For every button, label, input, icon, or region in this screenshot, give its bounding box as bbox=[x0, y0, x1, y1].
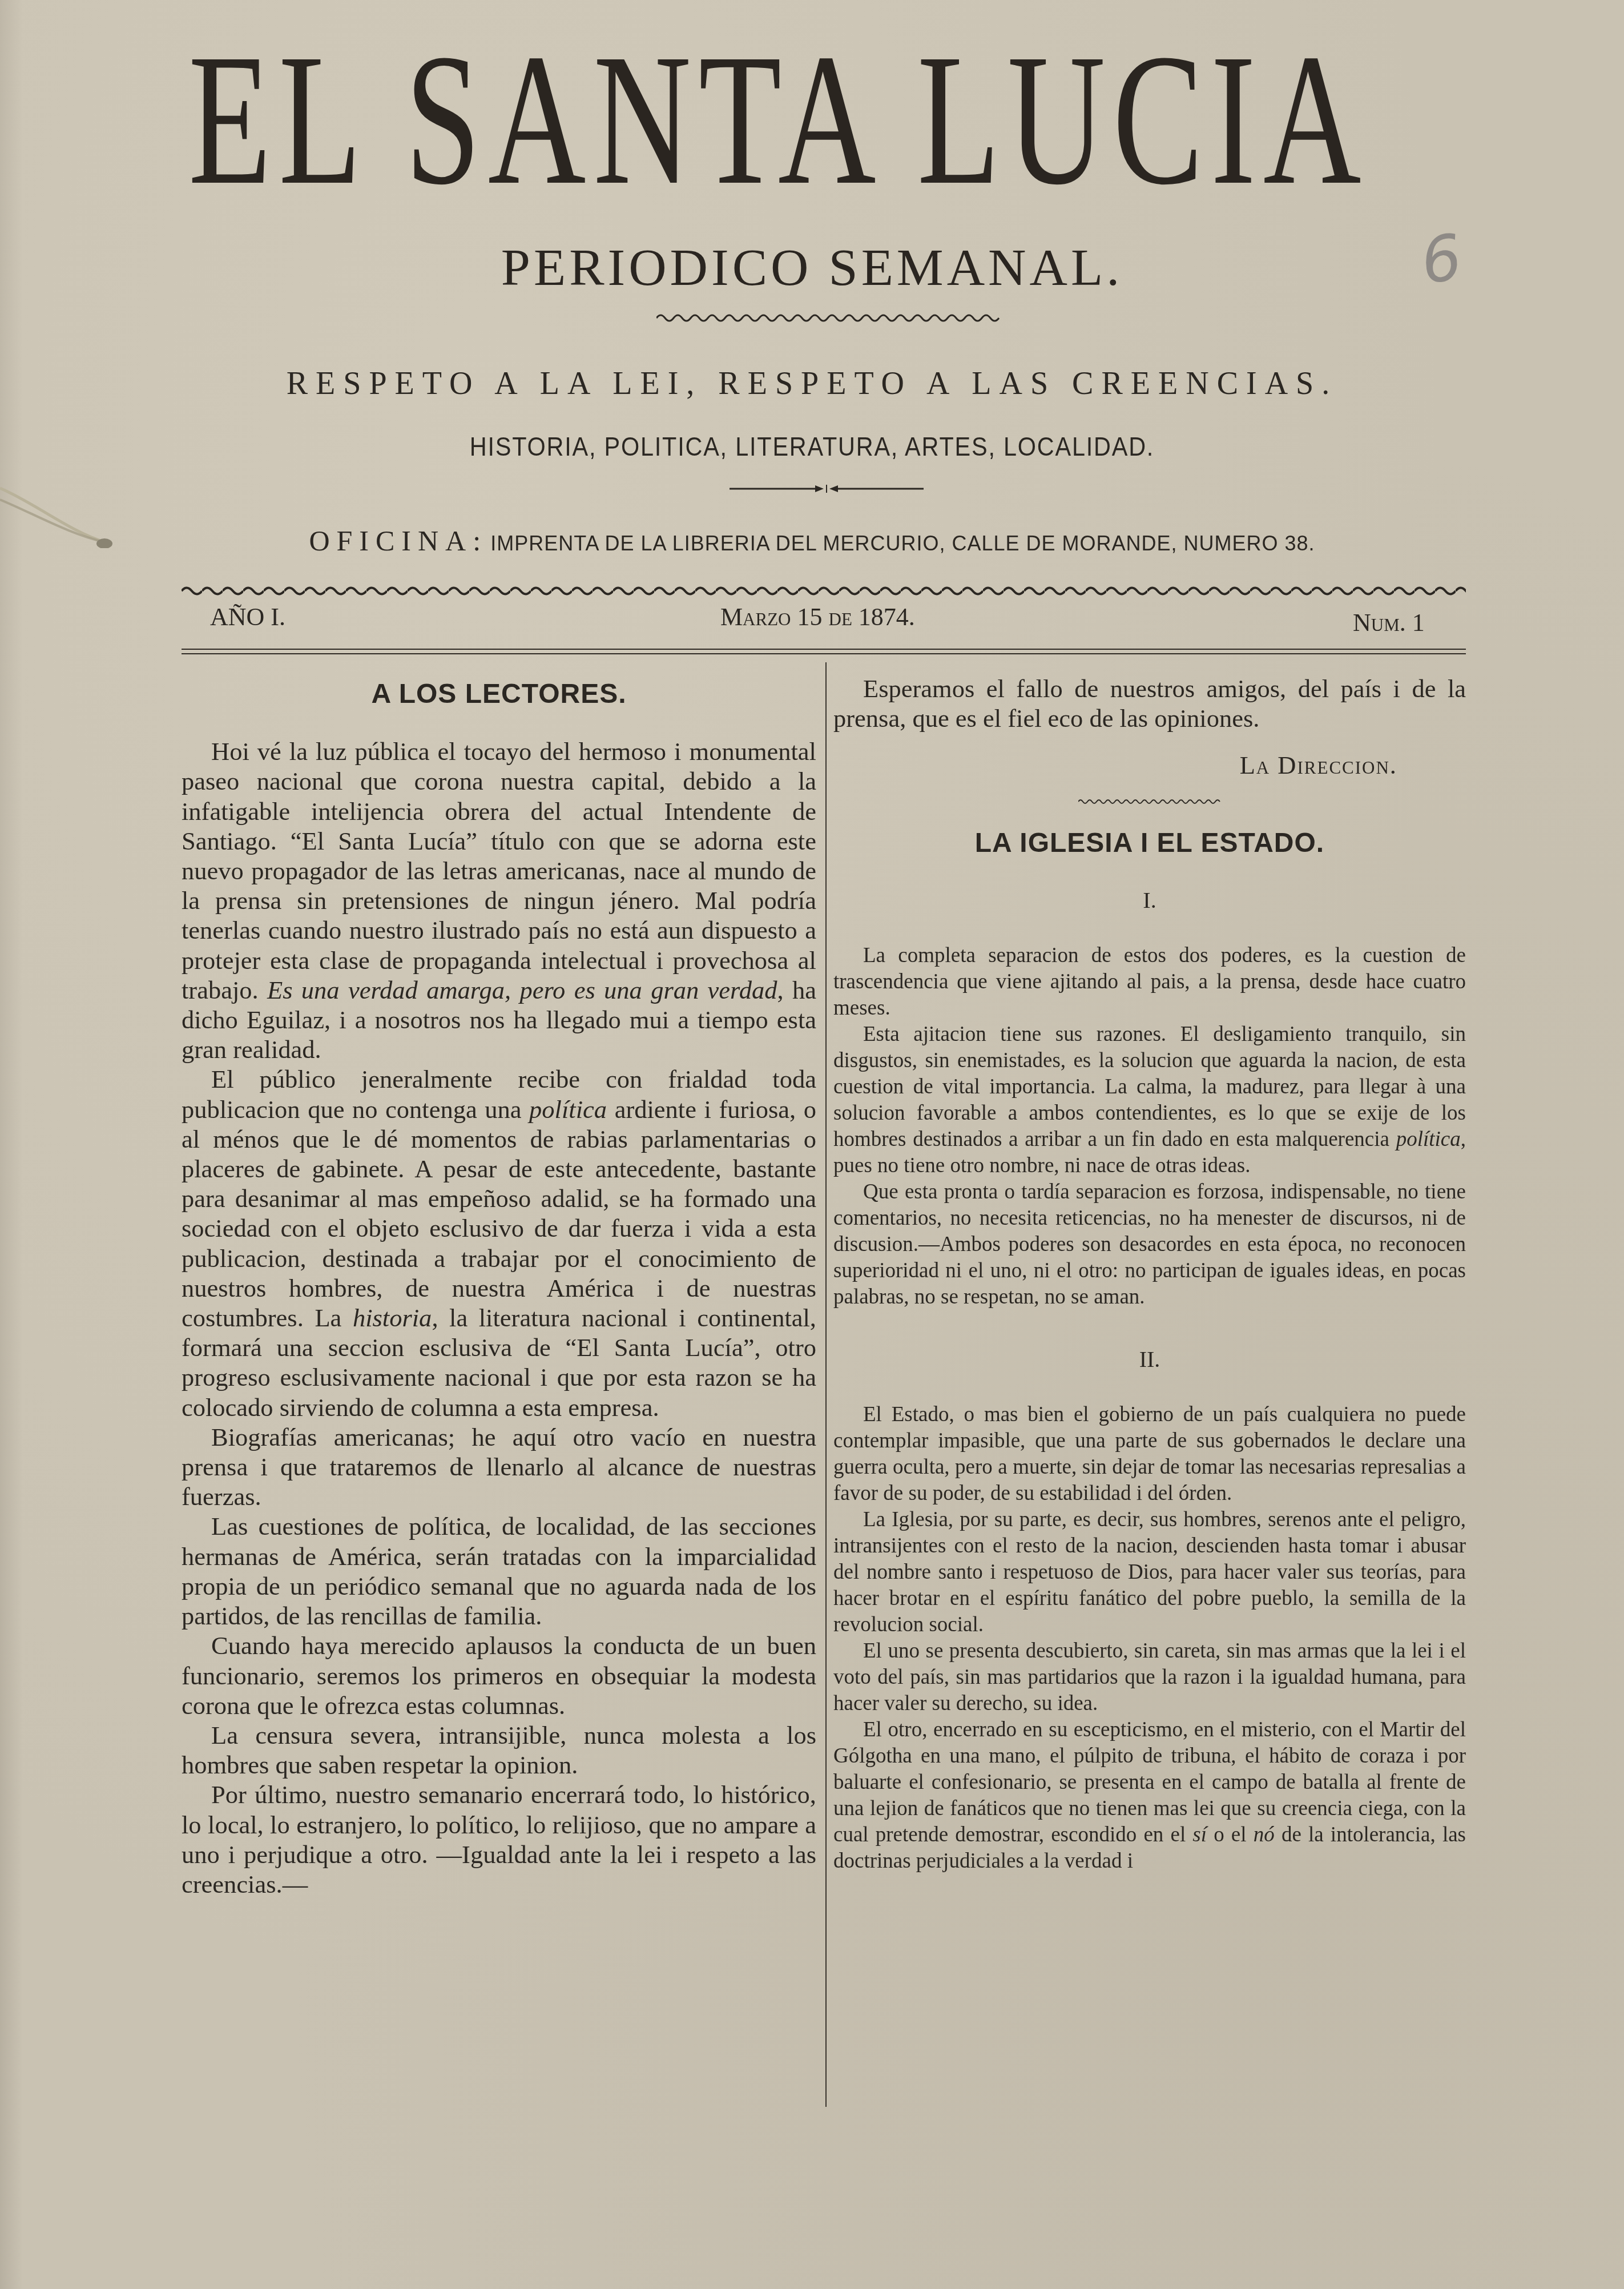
section-numeral-2: II. bbox=[833, 1345, 1466, 1374]
office-address: IMPRENTA DE LA LIBRERIA DEL MERCURIO, CA… bbox=[490, 532, 1315, 555]
issue-year: AÑO I. bbox=[210, 602, 285, 631]
signature: La Direccion. bbox=[833, 750, 1466, 780]
issue-number-text: Num. 1 bbox=[1353, 609, 1425, 637]
motto: RESPETO A LA LEI, RESPETO A LAS CREENCIA… bbox=[0, 365, 1624, 402]
paragraph: La completa separacion de estos dos pode… bbox=[833, 943, 1466, 1021]
paragraph: La censura severa, intransijible, nunca … bbox=[182, 1720, 816, 1780]
paragraph: La Iglesia, por su parte, es decir, sus … bbox=[833, 1507, 1466, 1638]
paragraph: Que esta pronta o tardía separacion es f… bbox=[833, 1179, 1466, 1310]
article-heading-a-los-lectores: A LOS LECTORES. bbox=[182, 679, 816, 709]
issue-number: Num. 1 bbox=[1353, 608, 1425, 637]
wavy-ornament-icon bbox=[656, 311, 1005, 325]
article-heading-la-iglesia: LA IGLESIA I EL ESTADO. bbox=[833, 828, 1466, 858]
header-rule-top bbox=[182, 649, 1466, 650]
wavy-separator-icon bbox=[1078, 798, 1221, 806]
newspaper-subtitle: PERIODICO SEMANAL. bbox=[0, 237, 1624, 297]
paragraph: El público jeneralmente recibe con frial… bbox=[182, 1064, 816, 1422]
paragraph: Cuando haya merecido aplausos la conduct… bbox=[182, 1631, 816, 1720]
issue-date: Marzo 15 de 1874. bbox=[720, 602, 915, 631]
paragraph: Esta ajitacion tiene sus razones. El des… bbox=[833, 1021, 1466, 1179]
section-2-body: El Estado, o mas bien el gobierno de un … bbox=[833, 1402, 1466, 1874]
paragraph: El uno se presenta descubierto, sin care… bbox=[833, 1638, 1466, 1717]
header-rule-bottom bbox=[182, 653, 1466, 654]
left-column: A LOS LECTORES. Hoi vé la luz pública el… bbox=[182, 662, 816, 1899]
right-column: Esperamos el fallo de nuestros amigos, d… bbox=[833, 662, 1466, 1874]
paragraph: El Estado, o mas bien el gobierno de un … bbox=[833, 1402, 1466, 1507]
office-label: OFICINA: bbox=[309, 525, 487, 557]
newspaper-title: EL SANTA LUCIA bbox=[188, 34, 1462, 206]
paragraph: Esperamos el fallo de nuestros amigos, d… bbox=[833, 674, 1466, 733]
paragraph: El otro, encerrado en su escepticismo, e… bbox=[833, 1717, 1466, 1874]
arrow-rule-ornament-icon bbox=[730, 484, 924, 493]
paragraph: Las cuestiones de política, de localidad… bbox=[182, 1511, 816, 1631]
office-line: OFICINA: IMPRENTA DE LA LIBRERIA DEL MER… bbox=[0, 524, 1624, 557]
wavy-rule-icon bbox=[182, 584, 1466, 598]
issue-date-text: Marzo 15 de 1874. bbox=[720, 603, 915, 631]
signature-text: La Direccion. bbox=[1240, 751, 1397, 779]
paragraph: Hoi vé la luz pública el tocayo del herm… bbox=[182, 737, 816, 1064]
column-divider bbox=[825, 662, 827, 2107]
paragraph: Por último, nuestro semanario encerrará … bbox=[182, 1780, 816, 1899]
section-1-body: La completa separacion de estos dos pode… bbox=[833, 943, 1466, 1310]
paragraph: Biografías americanas; he aquí otro vací… bbox=[182, 1422, 816, 1512]
italic-quote: Es una verdad amarga, pero es una gran v… bbox=[267, 976, 777, 1004]
sections-line: HISTORIA, POLITICA, LITERATURA, ARTES, L… bbox=[81, 431, 1543, 462]
section-numeral-1: I. bbox=[833, 886, 1466, 915]
